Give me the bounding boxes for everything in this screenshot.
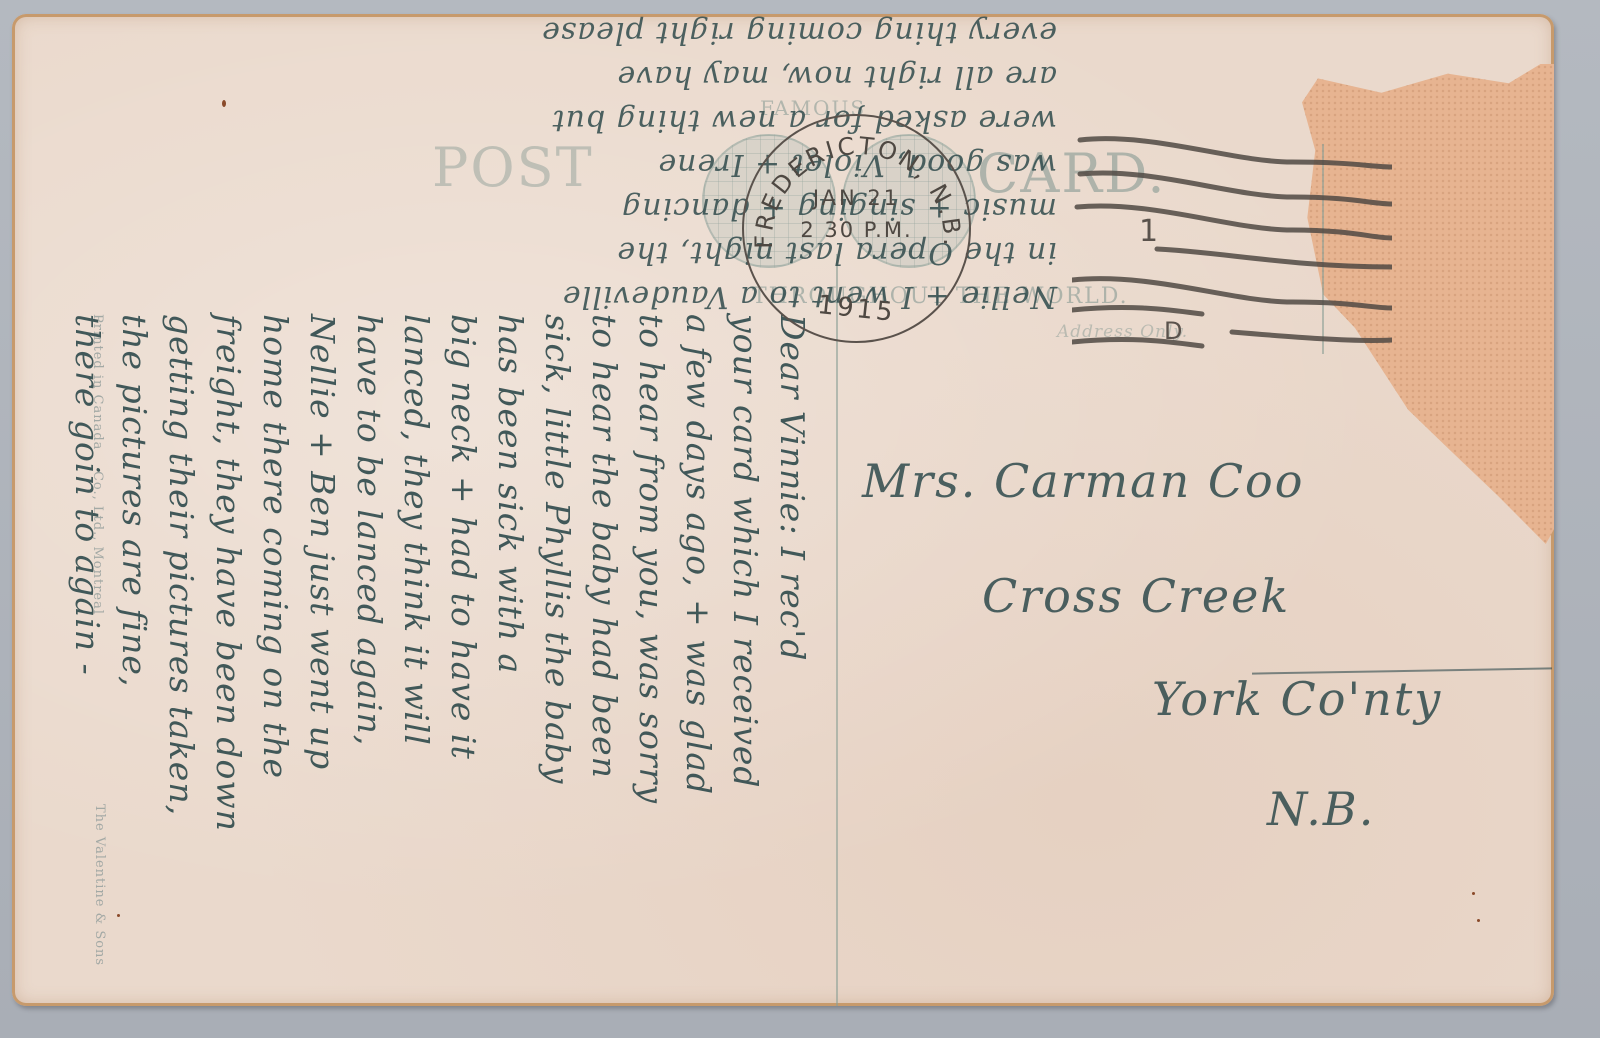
message-line: sick, little Phyllis the baby: [530, 314, 577, 832]
address-line-3: N.B.: [1267, 782, 1375, 836]
message-line: have to be lanced again,: [342, 314, 389, 832]
ink-speck: [117, 914, 120, 917]
message-line: Dear Vinnie: I rec'd: [765, 314, 812, 832]
recipient-name: Mrs. Carman Coo: [862, 454, 1304, 508]
message-line: big neck + had to have it: [436, 314, 483, 832]
message-line: are all right now, may have: [541, 50, 1057, 94]
message-line: home there coming on the: [248, 314, 295, 832]
center-divider: [836, 254, 838, 1006]
ink-speck: [222, 100, 226, 107]
message-line: the pictures are fine,: [107, 314, 154, 832]
postcard: POST CARD. FAMOUS THROUGHOUT THE WORLD. …: [12, 14, 1554, 1006]
message-line: to hear the baby had been: [577, 314, 624, 832]
message-line: a few days ago, + was glad: [671, 314, 718, 832]
message-line: every thing coming right please: [541, 14, 1057, 50]
address-line-1: Cross Creek: [982, 569, 1290, 623]
address-line-2: York Co'nty: [1152, 672, 1442, 726]
postmark: FREDERICTON, N.B. JAN 21 2 30 P.M. 1915: [742, 114, 971, 343]
message-line: lanced, they think it will: [389, 314, 436, 832]
handwritten-message: Dear Vinnie: I rec'd your card which I r…: [60, 314, 812, 832]
message-line: getting their pictures taken,: [154, 314, 201, 832]
message-line: Nellie + Ben just went up: [295, 314, 342, 832]
postmark-date: JAN 21: [744, 186, 969, 210]
message-line: has been sick with a: [483, 314, 530, 832]
postmark-time: 2 30 P.M.: [744, 218, 969, 242]
ink-speck: [1477, 919, 1480, 922]
cancel-number: 1: [1139, 214, 1158, 249]
cancel-wavy-lines: [1072, 132, 1392, 372]
message-line: there goin to again -: [60, 314, 107, 832]
message-line: to hear from you, was sorry: [624, 314, 671, 832]
message-line: freight, they have been down: [201, 314, 248, 832]
message-line: your card which I received: [718, 314, 765, 832]
ink-speck: [1472, 892, 1475, 895]
cancel-letter: D: [1164, 317, 1182, 345]
